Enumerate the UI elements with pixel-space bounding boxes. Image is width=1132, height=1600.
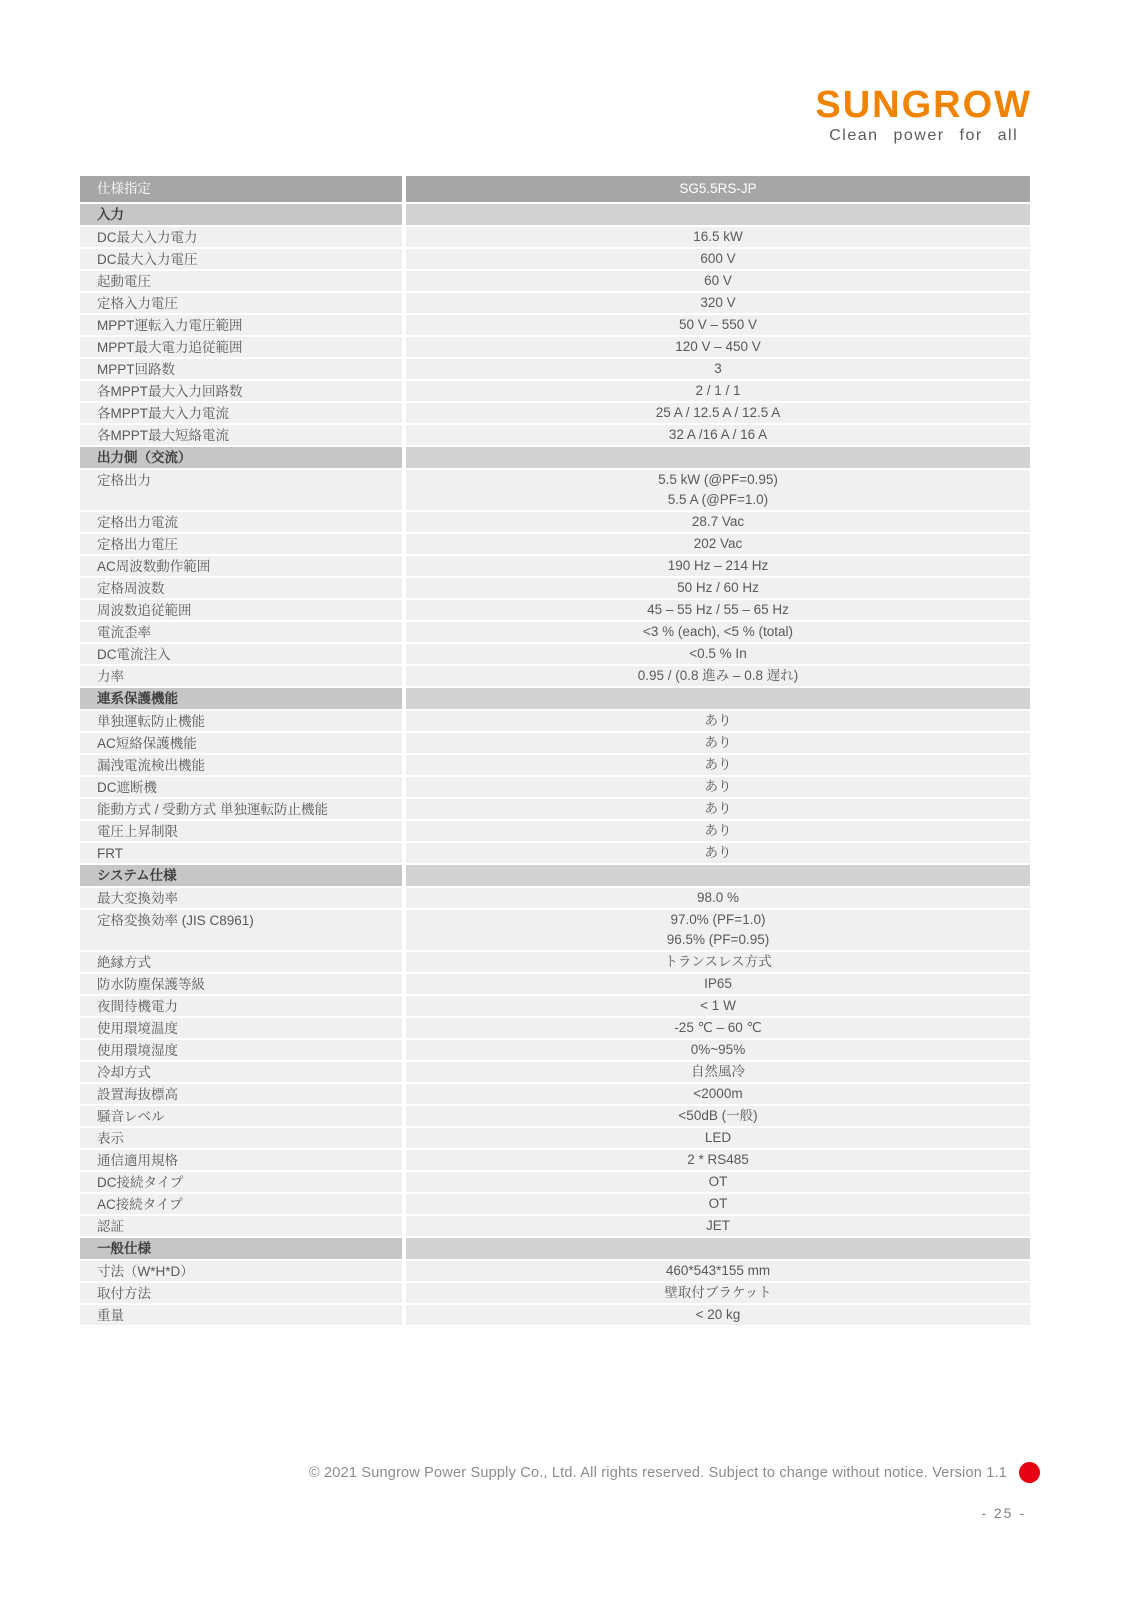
spec-value-line: 190 Hz – 214 Hz [406,556,1030,576]
table-row: 定格変換効率 (JIS C8961)97.0% (PF=1.0)96.5% (P… [80,910,1030,950]
spec-value-line: < 1 W [406,996,1030,1016]
spec-row-label: 単独運転防止機能 [80,711,402,731]
table-row: 定格入力電圧320 V [80,293,1030,313]
spec-row-label: 冷却方式 [80,1062,402,1082]
spec-value-line: OT [406,1172,1030,1192]
section-header-spacer [406,688,1030,709]
spec-row-label: 周波数追従範囲 [80,600,402,620]
spec-row-label: 取付方法 [80,1283,402,1303]
spec-row-value: 0.95 / (0.8 進み – 0.8 遅れ) [406,666,1030,686]
spec-row-value: 32 A /16 A / 16 A [406,425,1030,445]
table-row: FRTあり [80,843,1030,863]
table-row: 騒音レベル<50dB (一般) [80,1106,1030,1126]
spec-row-label: 最大変換効率 [80,888,402,908]
spec-value-line: 28.7 Vac [406,512,1030,532]
page-number: - 25 - [981,1505,1026,1521]
section-header-spacer [406,865,1030,886]
spec-row-value: -25 ℃ – 60 ℃ [406,1018,1030,1038]
spec-row-value: 壁取付ブラケット [406,1283,1030,1303]
spec-row-value: JET [406,1216,1030,1236]
table-row: 冷却方式自然風冷 [80,1062,1030,1082]
section-title: システム仕様 [80,865,402,886]
table-row: 寸法（W*H*D）460*543*155 mm [80,1261,1030,1281]
spec-table: 仕様指定 SG5.5RS-JP 入力DC最大入力電力16.5 kWDC最大入力電… [80,176,1030,1327]
table-row: AC接続タイプOT [80,1194,1030,1214]
spec-table-body: 入力DC最大入力電力16.5 kWDC最大入力電圧600 V起動電圧60 V定格… [80,204,1030,1325]
table-row: MPPT運転入力電圧範囲50 V – 550 V [80,315,1030,335]
spec-row-value: < 1 W [406,996,1030,1016]
spec-value-line: 32 A /16 A / 16 A [406,425,1030,445]
spec-value-line: JET [406,1216,1030,1236]
table-row: 使用環境湿度0%~95% [80,1040,1030,1060]
spec-row-label: AC接続タイプ [80,1194,402,1214]
spec-row-value: OT [406,1172,1030,1192]
spec-row-label: 重量 [80,1305,402,1325]
spec-value-line: <3 % (each), <5 % (total) [406,622,1030,642]
spec-value-line: 50 V – 550 V [406,315,1030,335]
spec-row-value: <0.5 % In [406,644,1030,664]
spec-row-label: FRT [80,843,402,863]
spec-value-line: 5.5 kW (@PF=0.95) [406,470,1030,490]
spec-value-line: あり [406,755,1030,775]
spec-row-value: 98.0 % [406,888,1030,908]
section-title: 出力側（交流） [80,447,402,468]
spec-row-label: 各MPPT最大入力回路数 [80,381,402,401]
spec-value-line: 2 / 1 / 1 [406,381,1030,401]
spec-row-label: 認証 [80,1216,402,1236]
spec-value-line: トランスレス方式 [406,952,1030,972]
table-row: 絶縁方式トランスレス方式 [80,952,1030,972]
section-header-row: 連系保護機能 [80,688,1030,709]
spec-row-label: 力率 [80,666,402,686]
spec-value-line: OT [406,1194,1030,1214]
spec-row-value: 16.5 kW [406,227,1030,247]
spec-row-value: < 20 kg [406,1305,1030,1325]
section-header-spacer [406,447,1030,468]
spec-row-label: DC接続タイプ [80,1172,402,1192]
table-header-row: 仕様指定 SG5.5RS-JP [80,176,1030,202]
table-row: 使用環境温度-25 ℃ – 60 ℃ [80,1018,1030,1038]
spec-value-line: 5.5 A (@PF=1.0) [406,490,1030,510]
table-row: 漏洩電流検出機能あり [80,755,1030,775]
spec-row-label: AC周波数動作範囲 [80,556,402,576]
spec-value-line: あり [406,777,1030,797]
section-header-spacer [406,1238,1030,1259]
table-row: 周波数追従範囲45 – 55 Hz / 55 – 65 Hz [80,600,1030,620]
table-row: 認証JET [80,1216,1030,1236]
spec-value-line: 120 V – 450 V [406,337,1030,357]
logo: SUNGROW Clean power for all [815,86,1032,145]
spec-value-line: <50dB (一般) [406,1106,1030,1126]
table-row: 最大変換効率98.0 % [80,888,1030,908]
spec-value-line: -25 ℃ – 60 ℃ [406,1018,1030,1038]
spec-row-value: 28.7 Vac [406,512,1030,532]
table-row: 定格周波数50 Hz / 60 Hz [80,578,1030,598]
table-row: DC最大入力電力16.5 kW [80,227,1030,247]
spec-row-value: LED [406,1128,1030,1148]
spec-row-label: DC最大入力電力 [80,227,402,247]
spec-row-label: 起動電圧 [80,271,402,291]
table-header-label: 仕様指定 [80,176,402,202]
spec-row-value: トランスレス方式 [406,952,1030,972]
spec-value-line: <0.5 % In [406,644,1030,664]
spec-value-line: IP65 [406,974,1030,994]
spec-row-label: 通信適用規格 [80,1150,402,1170]
section-title: 一般仕様 [80,1238,402,1259]
spec-row-value: IP65 [406,974,1030,994]
table-row: 表示LED [80,1128,1030,1148]
table-row: 力率0.95 / (0.8 進み – 0.8 遅れ) [80,666,1030,686]
spec-row-label: DC最大入力電圧 [80,249,402,269]
spec-value-line: 3 [406,359,1030,379]
spec-value-line: 97.0% (PF=1.0) [406,910,1030,930]
spec-value-line: 0.95 / (0.8 進み – 0.8 遅れ) [406,666,1030,686]
spec-value-line: あり [406,843,1030,863]
spec-value-line: 600 V [406,249,1030,269]
table-row: 定格出力電圧202 Vac [80,534,1030,554]
spec-value-line: 96.5% (PF=0.95) [406,930,1030,950]
spec-row-label: 各MPPT最大短絡電流 [80,425,402,445]
spec-row-value: 45 – 55 Hz / 55 – 65 Hz [406,600,1030,620]
spec-row-value: 460*543*155 mm [406,1261,1030,1281]
spec-row-label: DC遮断機 [80,777,402,797]
table-row: 能動方式 / 受動方式 単独運転防止機能あり [80,799,1030,819]
spec-row-value: あり [406,711,1030,731]
table-row: AC短絡保護機能あり [80,733,1030,753]
spec-row-value: <2000m [406,1084,1030,1104]
spec-row-value: 3 [406,359,1030,379]
table-row: 設置海抜標高<2000m [80,1084,1030,1104]
spec-row-value: 自然風冷 [406,1062,1030,1082]
table-row: 各MPPT最大短絡電流32 A /16 A / 16 A [80,425,1030,445]
spec-row-label: 定格出力電流 [80,512,402,532]
spec-row-value: 50 Hz / 60 Hz [406,578,1030,598]
table-row: 定格出力5.5 kW (@PF=0.95)5.5 A (@PF=1.0) [80,470,1030,510]
table-row: 各MPPT最大入力回路数2 / 1 / 1 [80,381,1030,401]
spec-row-value: あり [406,755,1030,775]
spec-row-label: 電圧上昇制限 [80,821,402,841]
spec-row-value: あり [406,733,1030,753]
spec-row-value: 5.5 kW (@PF=0.95)5.5 A (@PF=1.0) [406,470,1030,510]
spec-row-label: 定格出力 [80,470,402,510]
copyright-text: © 2021 Sungrow Power Supply Co., Ltd. Al… [309,1465,1007,1481]
spec-row-label: 防水防塵保護等級 [80,974,402,994]
table-row: 起動電圧60 V [80,271,1030,291]
spec-row-value: 2 / 1 / 1 [406,381,1030,401]
footer: © 2021 Sungrow Power Supply Co., Ltd. Al… [309,1462,1040,1483]
spec-row-value: あり [406,843,1030,863]
table-row: 単独運転防止機能あり [80,711,1030,731]
table-row: 重量< 20 kg [80,1305,1030,1325]
spec-value-line: あり [406,821,1030,841]
logo-brand: SUNGROW [815,86,1032,124]
spec-row-value: 97.0% (PF=1.0)96.5% (PF=0.95) [406,910,1030,950]
table-row: 夜間待機電力< 1 W [80,996,1030,1016]
spec-row-value: 50 V – 550 V [406,315,1030,335]
spec-row-value: あり [406,777,1030,797]
spec-value-line: 0%~95% [406,1040,1030,1060]
table-row: MPPT回路数3 [80,359,1030,379]
table-row: DC最大入力電圧600 V [80,249,1030,269]
spec-row-label: 表示 [80,1128,402,1148]
spec-value-line: 25 A / 12.5 A / 12.5 A [406,403,1030,423]
spec-row-label: 寸法（W*H*D） [80,1261,402,1281]
table-row: DC接続タイプOT [80,1172,1030,1192]
table-header-model: SG5.5RS-JP [406,176,1030,202]
spec-value-line: 320 V [406,293,1030,313]
spec-row-label: 設置海抜標高 [80,1084,402,1104]
spec-row-label: DC電流注入 [80,644,402,664]
table-row: 定格出力電流28.7 Vac [80,512,1030,532]
spec-row-label: 定格変換効率 (JIS C8961) [80,910,402,950]
spec-row-value: 600 V [406,249,1030,269]
spec-row-label: 騒音レベル [80,1106,402,1126]
spec-row-value: 202 Vac [406,534,1030,554]
spec-row-value: 320 V [406,293,1030,313]
spec-row-value: <3 % (each), <5 % (total) [406,622,1030,642]
spec-value-line: <2000m [406,1084,1030,1104]
spec-row-value: 190 Hz – 214 Hz [406,556,1030,576]
spec-row-value: <50dB (一般) [406,1106,1030,1126]
table-row: 取付方法壁取付ブラケット [80,1283,1030,1303]
spec-value-line: 460*543*155 mm [406,1261,1030,1281]
spec-row-value: 25 A / 12.5 A / 12.5 A [406,403,1030,423]
spec-row-label: 定格周波数 [80,578,402,598]
spec-value-line: 2 * RS485 [406,1150,1030,1170]
table-row: 通信適用規格2 * RS485 [80,1150,1030,1170]
spec-row-label: AC短絡保護機能 [80,733,402,753]
table-row: MPPT最大電力追従範囲120 V – 450 V [80,337,1030,357]
spec-value-line: 自然風冷 [406,1062,1030,1082]
spec-row-label: 電流歪率 [80,622,402,642]
spec-value-line: 50 Hz / 60 Hz [406,578,1030,598]
spec-row-value: 60 V [406,271,1030,291]
spec-row-value: あり [406,799,1030,819]
section-title: 連系保護機能 [80,688,402,709]
table-row: 電圧上昇制限あり [80,821,1030,841]
spec-value-line: あり [406,711,1030,731]
table-row: 防水防塵保護等級IP65 [80,974,1030,994]
section-header-row: 一般仕様 [80,1238,1030,1259]
spec-row-label: 定格出力電圧 [80,534,402,554]
spec-row-label: 夜間待機電力 [80,996,402,1016]
spec-row-label: 能動方式 / 受動方式 単独運転防止機能 [80,799,402,819]
table-row: 電流歪率<3 % (each), <5 % (total) [80,622,1030,642]
spec-value-line: LED [406,1128,1030,1148]
spec-row-label: 定格入力電圧 [80,293,402,313]
red-dot-icon [1019,1462,1040,1483]
section-title: 入力 [80,204,402,225]
spec-value-line: 60 V [406,271,1030,291]
spec-row-value: OT [406,1194,1030,1214]
spec-value-line: あり [406,799,1030,819]
spec-row-value: 2 * RS485 [406,1150,1030,1170]
section-header-row: システム仕様 [80,865,1030,886]
spec-value-line: あり [406,733,1030,753]
table-row: DC電流注入<0.5 % In [80,644,1030,664]
spec-row-label: 絶縁方式 [80,952,402,972]
section-header-row: 入力 [80,204,1030,225]
table-row: DC遮断機あり [80,777,1030,797]
table-row: 各MPPT最大入力電流25 A / 12.5 A / 12.5 A [80,403,1030,423]
spec-row-label: 各MPPT最大入力電流 [80,403,402,423]
spec-row-value: 0%~95% [406,1040,1030,1060]
section-header-row: 出力側（交流） [80,447,1030,468]
spec-row-label: MPPT運転入力電圧範囲 [80,315,402,335]
section-header-spacer [406,204,1030,225]
spec-row-label: MPPT最大電力追従範囲 [80,337,402,357]
spec-value-line: < 20 kg [406,1305,1030,1325]
spec-row-label: MPPT回路数 [80,359,402,379]
spec-row-label: 使用環境温度 [80,1018,402,1038]
spec-row-value: あり [406,821,1030,841]
spec-value-line: 98.0 % [406,888,1030,908]
spec-row-label: 漏洩電流検出機能 [80,755,402,775]
spec-value-line: 16.5 kW [406,227,1030,247]
table-row: AC周波数動作範囲190 Hz – 214 Hz [80,556,1030,576]
spec-value-line: 202 Vac [406,534,1030,554]
logo-tagline: Clean power for all [815,127,1032,145]
spec-value-line: 壁取付ブラケット [406,1283,1030,1303]
spec-row-label: 使用環境湿度 [80,1040,402,1060]
spec-row-value: 120 V – 450 V [406,337,1030,357]
spec-value-line: 45 – 55 Hz / 55 – 65 Hz [406,600,1030,620]
